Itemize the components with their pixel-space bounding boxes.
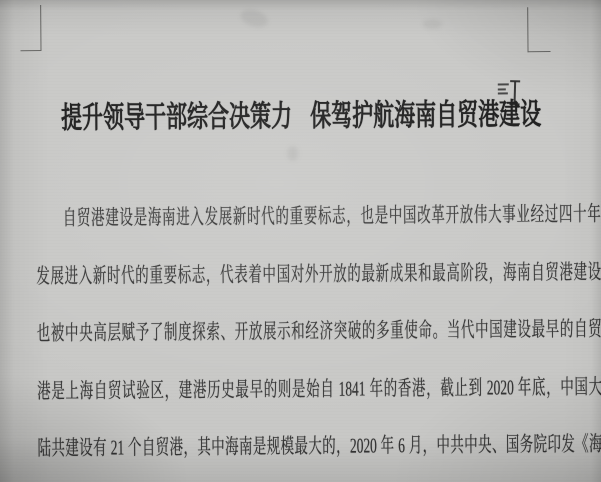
- document-title: 提升领导干部综合决策力 保驾护航海南自贸港建设: [61, 95, 541, 139]
- text-boundary-mark-top-right: [527, 7, 550, 52]
- title-part-1: 提升领导干部综合决策力: [61, 97, 292, 139]
- camera-smudge: [287, 146, 298, 161]
- document-page: 提升领导干部综合决策力 保驾护航海南自贸港建设 自贸港建设是海南进入发展新时代的…: [0, 0, 601, 482]
- paragraph-line-1: 自贸港建设是海南进入发展新时代的重要标志，也是中国改革开放伟大事业经过四十年: [36, 186, 601, 248]
- camera-smudge: [422, 19, 442, 29]
- paragraph-line-2: 发展进入新时代的重要标志，代表着中国对外开放的最新成果和最高阶段，海南自贸港建设: [36, 243, 601, 305]
- paragraph-line-4: 港是上海自贸试验区，建港历史最早的则是始自 1841 年的香港，截止到 2020…: [37, 358, 601, 420]
- document-photo: 提升领导干部综合决策力 保驾护航海南自贸港建设 自贸港建设是海南进入发展新时代的…: [0, 0, 601, 482]
- document-paragraph: 自贸港建设是海南进入发展新时代的重要标志，也是中国改革开放伟大事业经过四十年 发…: [36, 186, 601, 478]
- paragraph-line-3: 也被中央高层赋予了制度探索、开放展示和经济突破的多重使命。当代中国建设最早的自贸: [36, 301, 601, 363]
- paragraph-line-5: 陆共建设有 21 个自贸港，其中海南是规模最大的，2020 年 6 月，中共中央…: [37, 416, 601, 478]
- title-part-2: 保驾护航海南自贸港建设: [310, 95, 541, 137]
- text-boundary-mark-top-left: [20, 5, 41, 51]
- camera-smudge: [238, 7, 270, 31]
